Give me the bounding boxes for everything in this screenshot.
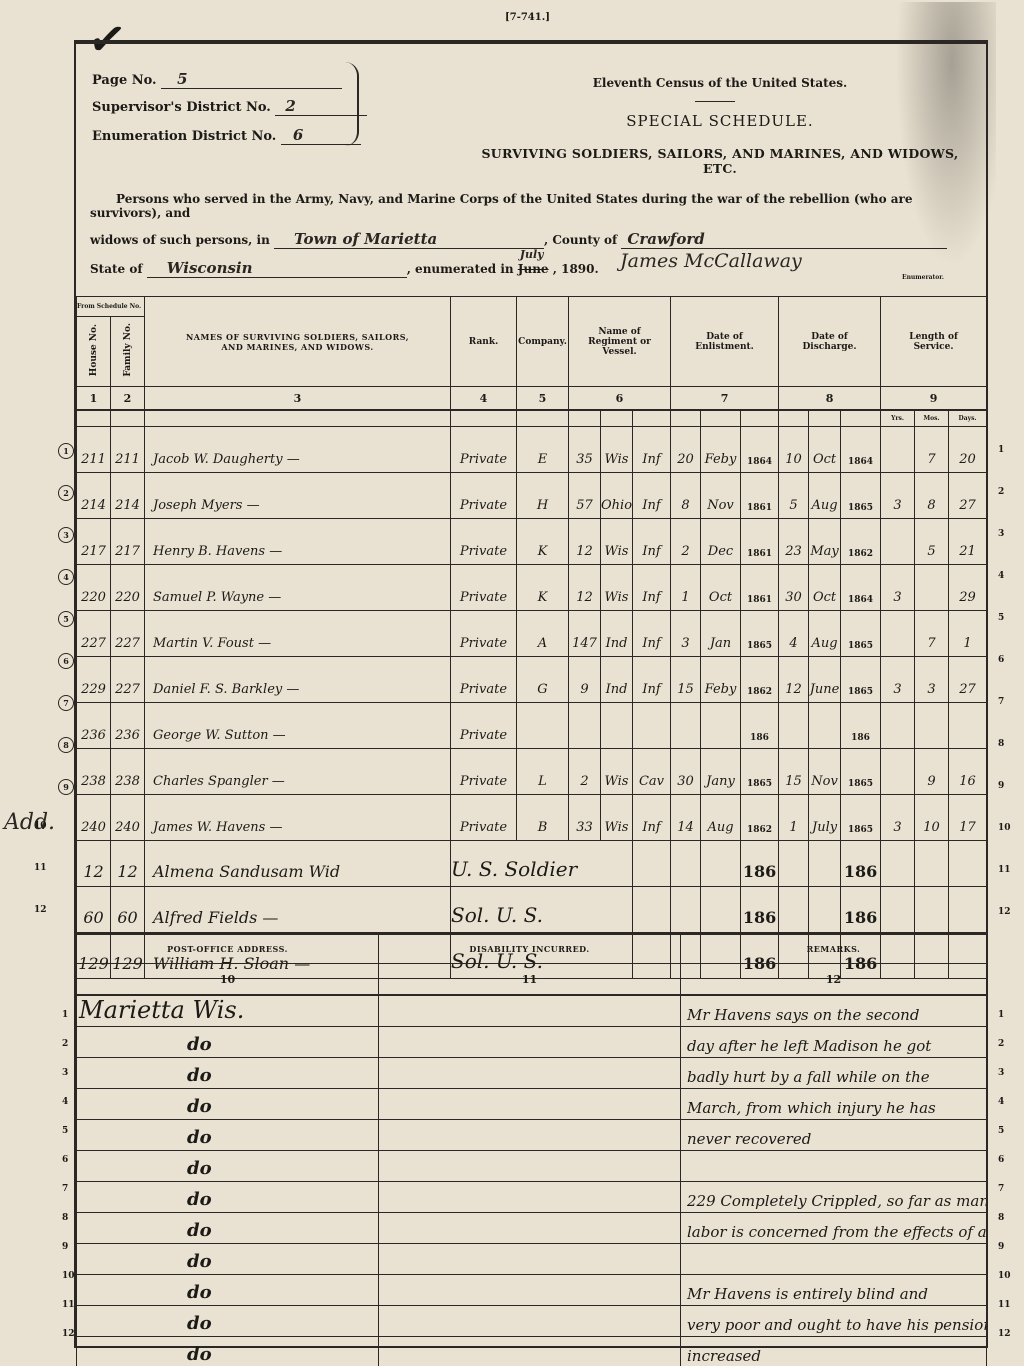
cell-address: Marietta Wis. xyxy=(77,995,379,1027)
row-number-left: 3 xyxy=(58,527,74,543)
row-number-right: 11 xyxy=(998,865,1011,875)
cell-house: 220 xyxy=(77,564,111,610)
cell-address: do xyxy=(77,1275,379,1306)
place-value: Town of Marietta xyxy=(274,230,544,249)
cell-yrs xyxy=(881,610,915,656)
cell-dis-day xyxy=(779,886,809,932)
table-row: Marietta Wis.Mr Havens says on the secon… xyxy=(77,995,987,1027)
enumeration-district-label: Enumeration District No. xyxy=(92,129,276,144)
cell-yrs xyxy=(881,748,915,794)
cell-reg-no: 2 xyxy=(569,748,601,794)
table-row: doMr Havens is entirely blind and xyxy=(77,1275,987,1306)
cell-enl-year: 1862 xyxy=(741,794,779,840)
cell-family: 227 xyxy=(111,656,145,702)
cell-reg-state: Wis xyxy=(601,564,633,610)
cell-rank: Private xyxy=(451,702,517,748)
month-struck: June xyxy=(518,262,549,276)
length-header: Length of Service. xyxy=(881,297,987,387)
lower-row-number-right: 6 xyxy=(998,1155,1004,1165)
address-header: POST-OFFICE ADDRESS. xyxy=(77,934,379,964)
yrs-header: Yrs. xyxy=(881,410,915,426)
cell-reg-no: 9 xyxy=(569,656,601,702)
cell-enl-month: Feby xyxy=(701,426,741,472)
lower-row-number-right: 7 xyxy=(998,1184,1004,1194)
cell-remark: labor is concerned from the effects of a… xyxy=(681,1213,987,1244)
table-row: 214214Joseph Myers —PrivateH57OhioInf8No… xyxy=(77,472,987,518)
remarks-header: REMARKS. xyxy=(681,934,987,964)
table-row: 240240James W. Havens —PrivateB33WisInf1… xyxy=(77,794,987,840)
cell-enl-day xyxy=(671,702,701,748)
supervisor-district-label: Supervisor's District No. xyxy=(92,100,271,115)
cell-enl-month: Feby xyxy=(701,656,741,702)
cell-reg-type xyxy=(633,840,671,886)
cell-company: H xyxy=(517,472,569,518)
lower-row-number-left: 6 xyxy=(62,1155,68,1165)
row-number-left: 6 xyxy=(58,653,74,669)
cell-reg-state: Ind xyxy=(601,656,633,702)
cell-dis-year: 1864 xyxy=(841,564,881,610)
cell-dis-month: Oct xyxy=(809,426,841,472)
cell-house: 214 xyxy=(77,472,111,518)
lower-row-number-right: 3 xyxy=(998,1068,1004,1078)
row-number-right: 7 xyxy=(998,697,1004,707)
cell-enl-year: 1865 xyxy=(741,610,779,656)
cell-address: do xyxy=(77,1058,379,1089)
cell-enl-day: 8 xyxy=(671,472,701,518)
month-inserted: July xyxy=(520,248,544,261)
cell-remark: never recovered xyxy=(681,1120,987,1151)
cell-enl-day: 1 xyxy=(671,564,701,610)
lower-row-number-left: 7 xyxy=(62,1184,68,1194)
page-no-label: Page No. xyxy=(92,73,157,88)
cell-rank: Private xyxy=(451,748,517,794)
cell-days: 21 xyxy=(949,518,987,564)
lower-row-number-left: 8 xyxy=(62,1213,68,1223)
enumeration-month: June July xyxy=(518,262,553,276)
cell-remark: March, from which injury he has xyxy=(681,1089,987,1120)
schedule-title: SPECIAL SCHEDULE. xyxy=(560,112,880,130)
cell-rank: Private xyxy=(451,656,517,702)
cell-reg-type xyxy=(633,886,671,932)
cell-remark: day after he left Madison he got xyxy=(681,1027,987,1058)
cell-reg-state: Wis xyxy=(601,518,633,564)
cell-house: 217 xyxy=(77,518,111,564)
schedule-subtitle: SURVIVING SOLDIERS, SAILORS, AND MARINES… xyxy=(465,146,975,176)
cell-mos: 5 xyxy=(915,518,949,564)
col-number: 11 xyxy=(379,964,681,996)
cell-dis-month xyxy=(809,840,841,886)
col-number: 3 xyxy=(145,387,451,411)
cell-company: L xyxy=(517,748,569,794)
supervisor-district-field: Supervisor's District No. 2 xyxy=(92,97,367,116)
lower-row-number-left: 4 xyxy=(62,1097,68,1107)
cell-dis-year: 1865 xyxy=(841,794,881,840)
from-schedule-header: From Schedule No. 1. xyxy=(77,297,145,317)
lower-row-number-left: 5 xyxy=(62,1126,68,1136)
row-number-left: 4 xyxy=(58,569,74,585)
cell-name: Joseph Myers — xyxy=(145,472,451,518)
cell-reg-no xyxy=(569,702,601,748)
lower-row-number-left: 10 xyxy=(62,1271,75,1281)
cell-name: Samuel P. Wayne — xyxy=(145,564,451,610)
cell-days: 27 xyxy=(949,472,987,518)
col-number: 6 xyxy=(569,387,671,411)
cell-reg-state: Ind xyxy=(601,610,633,656)
family-no-header: Family No. xyxy=(111,317,145,387)
cell-mos: 7 xyxy=(915,426,949,472)
cell-dis-month xyxy=(809,702,841,748)
house-no-header: House No. xyxy=(77,317,111,387)
lower-row-number-right: 9 xyxy=(998,1242,1004,1252)
row-number-right: 9 xyxy=(998,781,1004,791)
cell-dis-year: 1864 xyxy=(841,426,881,472)
cell-dis-year: 1865 xyxy=(841,748,881,794)
cell-days xyxy=(949,702,987,748)
cell-mos xyxy=(915,702,949,748)
cell-enl-month: Aug xyxy=(701,794,741,840)
cell-yrs: 3 xyxy=(881,794,915,840)
cell-reg-type: Inf xyxy=(633,610,671,656)
cell-remark: increased xyxy=(681,1337,987,1366)
cell-mos xyxy=(915,564,949,610)
cell-company: E xyxy=(517,426,569,472)
cell-family: 227 xyxy=(111,610,145,656)
cell-yrs xyxy=(881,886,915,932)
cell-remark: 229 Completely Crippled, so far as manua… xyxy=(681,1182,987,1213)
cell-disability xyxy=(379,1306,681,1337)
names-header: NAMES OF SURVIVING SOLDIERS, SAILORS, AN… xyxy=(145,297,451,387)
cell-dis-month: Nov xyxy=(809,748,841,794)
cell-disability xyxy=(379,995,681,1027)
cell-family: 60 xyxy=(111,886,145,932)
cell-enl-month: Dec xyxy=(701,518,741,564)
page-no-field: Page No. 5 xyxy=(92,70,342,89)
cell-mos: 7 xyxy=(915,610,949,656)
cell-company: A xyxy=(517,610,569,656)
cell-dis-day xyxy=(779,702,809,748)
cell-dis-month xyxy=(809,886,841,932)
cell-name: Martin V. Foust — xyxy=(145,610,451,656)
cell-dis-day: 23 xyxy=(779,518,809,564)
cell-dis-year: 1865 xyxy=(841,656,881,702)
cell-days: 27 xyxy=(949,656,987,702)
cell-enl-year: 1865 xyxy=(741,748,779,794)
cell-family: 211 xyxy=(111,426,145,472)
cell-house: 12 xyxy=(77,840,111,886)
cell-name: Alfred Fields — xyxy=(145,886,451,932)
cell-reg-type: Inf xyxy=(633,564,671,610)
table-row: donever recovered xyxy=(77,1120,987,1151)
cell-yrs xyxy=(881,426,915,472)
cell-disability xyxy=(379,1027,681,1058)
col-number: 5 xyxy=(517,387,569,411)
cell-enl-year: 1864 xyxy=(741,426,779,472)
cell-dis-month: Oct xyxy=(809,564,841,610)
cell-remark: badly hurt by a fall while on the xyxy=(681,1058,987,1089)
cell-enl-month: Jan xyxy=(701,610,741,656)
service-subheader-row: Yrs. Mos. Days. xyxy=(77,410,987,426)
cell-dis-month: Aug xyxy=(809,472,841,518)
cell-reg-no: 57 xyxy=(569,472,601,518)
lower-row-number-left: 11 xyxy=(62,1300,75,1310)
cell-reg-type: Inf xyxy=(633,794,671,840)
row-number-left: 2 xyxy=(58,485,74,501)
enumerator-label: Enumerator. xyxy=(902,274,944,281)
cell-family: 214 xyxy=(111,472,145,518)
cell-name: George W. Sutton — xyxy=(145,702,451,748)
cell-enl-month: Oct xyxy=(701,564,741,610)
cell-rank: Private xyxy=(451,518,517,564)
cell-reg-state: Wis xyxy=(601,748,633,794)
col-number: 2 xyxy=(111,387,145,411)
cell-reg-state xyxy=(601,702,633,748)
cell-mos: 9 xyxy=(915,748,949,794)
cell-days: 29 xyxy=(949,564,987,610)
cell-company: G xyxy=(517,656,569,702)
cell-disability xyxy=(379,1089,681,1120)
cell-enl-day: 30 xyxy=(671,748,701,794)
row-number-right: 1 xyxy=(998,445,1004,455)
cell-disability xyxy=(379,1151,681,1182)
cell-dis-year: 186 xyxy=(841,886,881,932)
cell-address: do xyxy=(77,1182,379,1213)
cell-reg-no: 35 xyxy=(569,426,601,472)
cell-days xyxy=(949,886,987,932)
cell-remark: Mr Havens says on the second xyxy=(681,995,987,1027)
cell-reg-no: 12 xyxy=(569,564,601,610)
lower-row-number-right: 10 xyxy=(998,1271,1011,1281)
cell-dis-day: 30 xyxy=(779,564,809,610)
cell-remark xyxy=(681,1151,987,1182)
row-number-right: 8 xyxy=(998,739,1004,749)
col-number: 1 xyxy=(77,387,111,411)
cell-enl-day: 2 xyxy=(671,518,701,564)
cell-family: 238 xyxy=(111,748,145,794)
title-divider xyxy=(695,101,735,102)
cell-rank: U. S. Soldier xyxy=(451,840,633,886)
cell-days: 20 xyxy=(949,426,987,472)
intro-block: Persons who served in the Army, Navy, an… xyxy=(90,192,980,278)
row-number-left: 5 xyxy=(58,611,74,627)
lower-row-number-left: 12 xyxy=(62,1329,75,1339)
lower-row-number-right: 1 xyxy=(998,1010,1004,1020)
cell-rank: Sol. U. S. xyxy=(451,886,633,932)
row-number-left: 10 xyxy=(34,821,47,831)
table-row: dolabor is concerned from the effects of… xyxy=(77,1213,987,1244)
cell-dis-year: 186 xyxy=(841,702,881,748)
lower-row-number-right: 8 xyxy=(998,1213,1004,1223)
col-number: 4 xyxy=(451,387,517,411)
cell-yrs xyxy=(881,840,915,886)
discharge-header: Date of Discharge. xyxy=(779,297,881,387)
cell-disability xyxy=(379,1244,681,1275)
cell-rank: Private xyxy=(451,794,517,840)
cell-days xyxy=(949,840,987,886)
lower-row-number-right: 5 xyxy=(998,1126,1004,1136)
cell-reg-no: 33 xyxy=(569,794,601,840)
cell-family: 220 xyxy=(111,564,145,610)
state-value: Wisconsin xyxy=(147,259,407,278)
cell-name: Henry B. Havens — xyxy=(145,518,451,564)
table-row: do xyxy=(77,1151,987,1182)
cell-yrs xyxy=(881,518,915,564)
cell-company: K xyxy=(517,564,569,610)
table-row: 227227Martin V. Foust —PrivateA147IndInf… xyxy=(77,610,987,656)
cell-name: Daniel F. S. Barkley — xyxy=(145,656,451,702)
enumeration-year: , 1890. xyxy=(553,262,599,276)
cell-enl-year: 1861 xyxy=(741,518,779,564)
cell-address: do xyxy=(77,1089,379,1120)
cell-dis-year: 186 xyxy=(841,840,881,886)
lower-row-number-right: 2 xyxy=(998,1039,1004,1049)
days-header: Days. xyxy=(949,410,987,426)
cell-disability xyxy=(379,1337,681,1366)
lower-row-number-left: 3 xyxy=(62,1068,68,1078)
cell-days: 1 xyxy=(949,610,987,656)
col-number: 8 xyxy=(779,387,881,411)
table-row: 211211Jacob W. Daugherty —PrivateE35WisI… xyxy=(77,426,987,472)
row-number-right: 10 xyxy=(998,823,1011,833)
cell-house: 229 xyxy=(77,656,111,702)
row-number-left: 11 xyxy=(34,863,47,873)
cell-dis-month: May xyxy=(809,518,841,564)
cell-name: James W. Havens — xyxy=(145,794,451,840)
cell-disability xyxy=(379,1275,681,1306)
cell-reg-no: 147 xyxy=(569,610,601,656)
cell-family: 236 xyxy=(111,702,145,748)
soldiers-table: From Schedule No. 1. NAMES OF SURVIVING … xyxy=(76,296,987,979)
col-number: 10 xyxy=(77,964,379,996)
cell-reg-type: Inf xyxy=(633,426,671,472)
cell-company: B xyxy=(517,794,569,840)
cell-reg-type: Inf xyxy=(633,472,671,518)
cell-house: 227 xyxy=(77,610,111,656)
cell-address: do xyxy=(77,1337,379,1366)
row-number-left: 7 xyxy=(58,695,74,711)
cell-rank: Private xyxy=(451,426,517,472)
cell-family: 12 xyxy=(111,840,145,886)
cell-enl-month: Jany xyxy=(701,748,741,794)
cell-dis-day: 1 xyxy=(779,794,809,840)
table-row: 217217Henry B. Havens —PrivateK12WisInf2… xyxy=(77,518,987,564)
cell-enl-year: 1862 xyxy=(741,656,779,702)
cell-yrs xyxy=(881,702,915,748)
company-header: Company. xyxy=(517,297,569,387)
cell-dis-day: 15 xyxy=(779,748,809,794)
cell-mos xyxy=(915,886,949,932)
table-row: 6060Alfred Fields —Sol. U. S.186186 xyxy=(77,886,987,932)
cell-house: 238 xyxy=(77,748,111,794)
row-number-right: 2 xyxy=(998,487,1004,497)
cell-disability xyxy=(379,1182,681,1213)
lower-row-number-left: 2 xyxy=(62,1039,68,1049)
enlistment-header: Date of Enlistment. xyxy=(671,297,779,387)
cell-yrs: 3 xyxy=(881,472,915,518)
intro-line-3: State of Wisconsin, enumerated in June J… xyxy=(90,259,980,278)
cell-address: do xyxy=(77,1306,379,1337)
cell-address: do xyxy=(77,1027,379,1058)
cell-name: Almena Sandusam Wid xyxy=(145,840,451,886)
cell-dis-year: 1865 xyxy=(841,472,881,518)
lower-column-number-row: 10 11 12 xyxy=(77,964,987,996)
row-number-left: 8 xyxy=(58,737,74,753)
cell-mos xyxy=(915,840,949,886)
census-title: Eleventh Census of the United States. xyxy=(560,76,880,90)
row-number-right: 5 xyxy=(998,613,1004,623)
row-number-right: 6 xyxy=(998,655,1004,665)
cell-company: K xyxy=(517,518,569,564)
cell-address: do xyxy=(77,1213,379,1244)
cell-family: 217 xyxy=(111,518,145,564)
cell-mos: 3 xyxy=(915,656,949,702)
cell-reg-state: Wis xyxy=(601,794,633,840)
cell-yrs: 3 xyxy=(881,564,915,610)
cell-address: do xyxy=(77,1151,379,1182)
table-row: do xyxy=(77,1244,987,1275)
cell-house: 211 xyxy=(77,426,111,472)
table-row: doincreased xyxy=(77,1337,987,1366)
bracket xyxy=(345,62,359,146)
cell-address: do xyxy=(77,1244,379,1275)
cell-enl-year: 186 xyxy=(741,840,779,886)
col-number: 12 xyxy=(681,964,987,996)
cell-enl-year: 1861 xyxy=(741,472,779,518)
cell-reg-state: Ohio xyxy=(601,472,633,518)
table-row: 236236George W. Sutton —Private186186 xyxy=(77,702,987,748)
cell-disability xyxy=(379,1058,681,1089)
cell-enl-day xyxy=(671,840,701,886)
mos-header: Mos. xyxy=(915,410,949,426)
table-row: dovery poor and ought to have his pensio… xyxy=(77,1306,987,1337)
cell-dis-year: 1865 xyxy=(841,610,881,656)
cell-reg-no: 12 xyxy=(569,518,601,564)
cell-enl-day: 20 xyxy=(671,426,701,472)
cell-dis-day: 10 xyxy=(779,426,809,472)
cell-address: do xyxy=(77,1120,379,1151)
col-number: 7 xyxy=(671,387,779,411)
cell-company xyxy=(517,702,569,748)
cell-house: 240 xyxy=(77,794,111,840)
intro-line-2: widows of such persons, in Town of Marie… xyxy=(90,230,980,249)
cell-remark xyxy=(681,1244,987,1275)
cell-name: Charles Spangler — xyxy=(145,748,451,794)
form-code: [7-741.] xyxy=(505,12,550,23)
cell-dis-day: 12 xyxy=(779,656,809,702)
row-number-left: 12 xyxy=(34,905,47,915)
enumerator-signature: James McCallaway xyxy=(620,250,802,272)
cell-house: 60 xyxy=(77,886,111,932)
intro-prefix: widows of such persons, in xyxy=(90,233,270,247)
cell-yrs: 3 xyxy=(881,656,915,702)
cell-days: 16 xyxy=(949,748,987,794)
row-number-left: 1 xyxy=(58,443,74,459)
cell-remark: Mr Havens is entirely blind and xyxy=(681,1275,987,1306)
cell-enl-month xyxy=(701,840,741,886)
address-remarks-table: POST-OFFICE ADDRESS. DISABILITY INCURRED… xyxy=(76,932,987,1366)
cell-remark: very poor and ought to have his pension xyxy=(681,1306,987,1337)
county-value: Crawford xyxy=(621,230,947,249)
cell-mos: 10 xyxy=(915,794,949,840)
cell-dis-day xyxy=(779,840,809,886)
cell-enl-day: 14 xyxy=(671,794,701,840)
rank-header: Rank. xyxy=(451,297,517,387)
table-row: 238238Charles Spangler —PrivateL2WisCav3… xyxy=(77,748,987,794)
column-number-row: 1 2 3 4 5 6 7 8 9 xyxy=(77,387,987,411)
cell-family: 240 xyxy=(111,794,145,840)
disability-header: DISABILITY INCURRED. xyxy=(379,934,681,964)
col-number: 9 xyxy=(881,387,987,411)
cell-dis-year: 1862 xyxy=(841,518,881,564)
